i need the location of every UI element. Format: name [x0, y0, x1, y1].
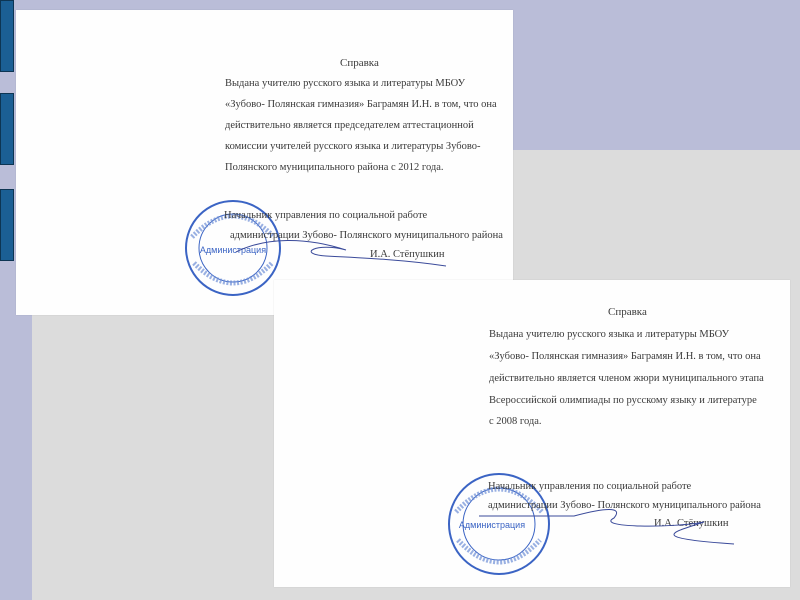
document-title: Справка — [608, 306, 647, 318]
body-line: комиссии учителей русского языка и литер… — [225, 141, 481, 152]
certificate-document-1: Справка Выдана учителю русского языка и … — [16, 10, 513, 315]
body-line: Выдана учителю русского языка и литерату… — [225, 78, 465, 89]
body-line: с 2008 года. — [489, 416, 542, 427]
body-line: Выдана учителю русского языка и литерату… — [489, 329, 729, 340]
body-line: действительно является членом жюри муниц… — [489, 373, 764, 384]
body-line: «Зубово- Полянская гимназия» Баграмян И.… — [489, 351, 761, 362]
body-line: «Зубово- Полянская гимназия» Баграмян И.… — [225, 99, 497, 110]
document-title: Справка — [340, 57, 379, 69]
signature-title-line: Начальник управления по социальной работ… — [224, 210, 427, 221]
body-line: Всероссийской олимпиады по русскому язык… — [489, 395, 757, 406]
side-tab-3 — [0, 189, 14, 261]
body-line: Полянского муниципального района с 2012 … — [225, 162, 444, 173]
certificate-document-2: Справка Выдана учителю русского языка и … — [274, 280, 790, 587]
handwritten-signature-icon — [226, 232, 456, 272]
body-line: действительно является председателем атт… — [225, 120, 474, 131]
side-tab-2 — [0, 93, 14, 165]
signature-title-line: Начальник управления по социальной работ… — [488, 481, 691, 492]
handwritten-signature-icon — [474, 502, 754, 552]
side-tab-1 — [0, 0, 14, 72]
